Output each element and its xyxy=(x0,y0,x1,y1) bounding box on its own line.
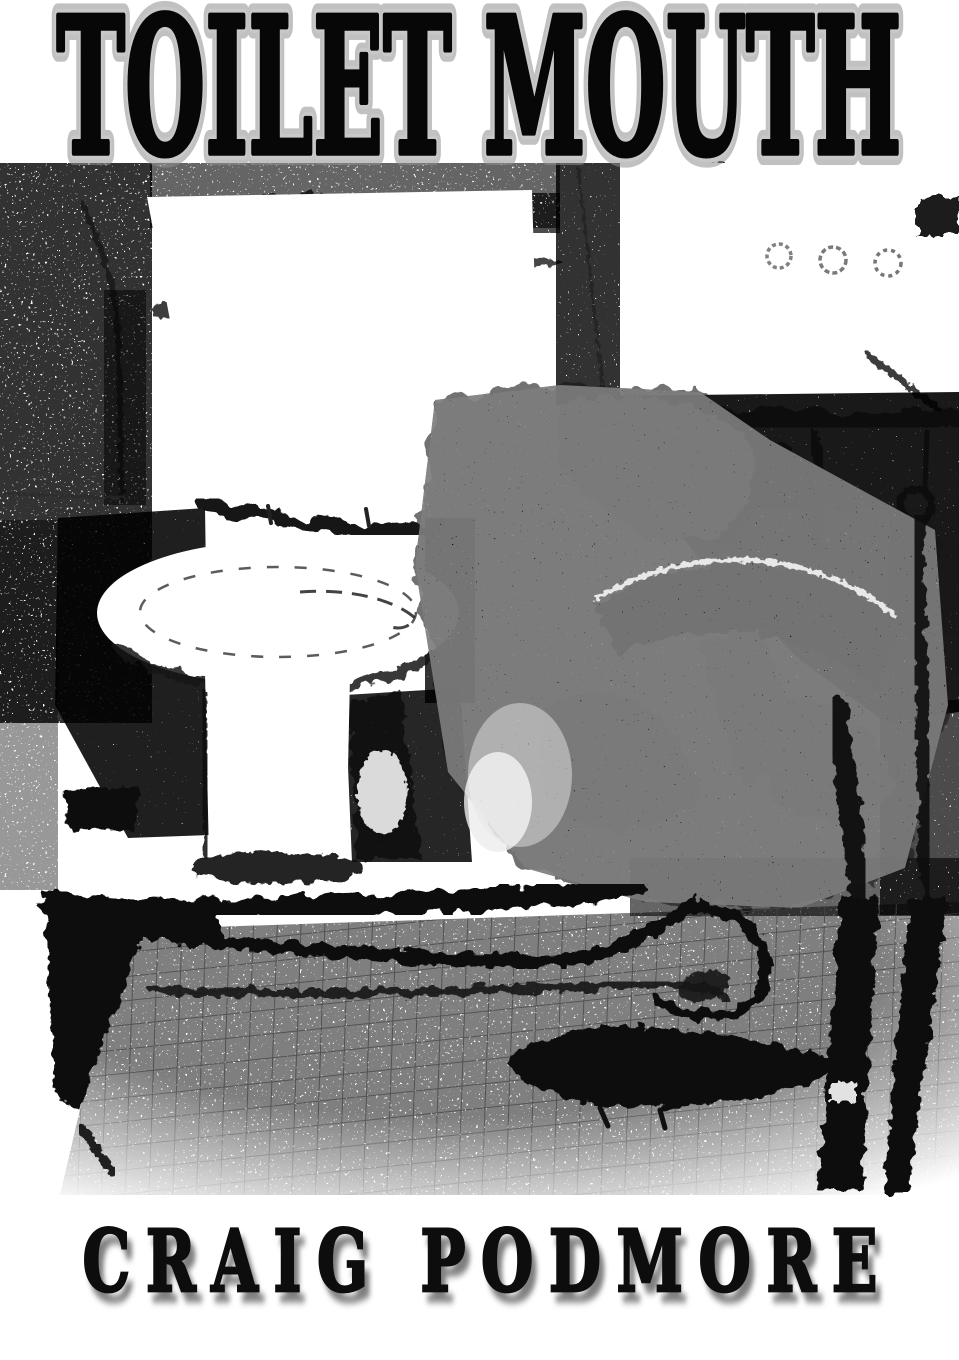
bathroom-photograph xyxy=(0,163,959,1200)
dark-patch-left xyxy=(64,786,138,832)
dark-corner-block xyxy=(917,196,959,236)
author-name: CRAIG PODMORE xyxy=(83,1212,878,1311)
crack-shading xyxy=(104,290,146,505)
cover-art: High-contrast black-and-white photocopie… xyxy=(0,0,959,1360)
title-block: TOILET MOUTH TOILET MOUTH TOILET MOUTH xyxy=(57,0,902,199)
foot-highlight xyxy=(357,750,407,834)
base-shadow-strip xyxy=(48,888,635,911)
book-cover: High-contrast black-and-white photocopie… xyxy=(0,0,959,1360)
leg-highlight xyxy=(830,1082,856,1102)
hanging-rod xyxy=(925,432,927,488)
pedestal-base-shadow xyxy=(188,852,364,884)
pedestal-left-edge xyxy=(203,690,207,860)
pedestal xyxy=(205,672,350,862)
wall-texture-lower xyxy=(0,520,58,890)
bathtub-appliance xyxy=(556,163,959,412)
wall-corner-strip xyxy=(556,163,620,405)
page-title: TOILET MOUTH xyxy=(57,0,902,199)
author-block: CRAIG PODMORE xyxy=(83,1212,878,1311)
